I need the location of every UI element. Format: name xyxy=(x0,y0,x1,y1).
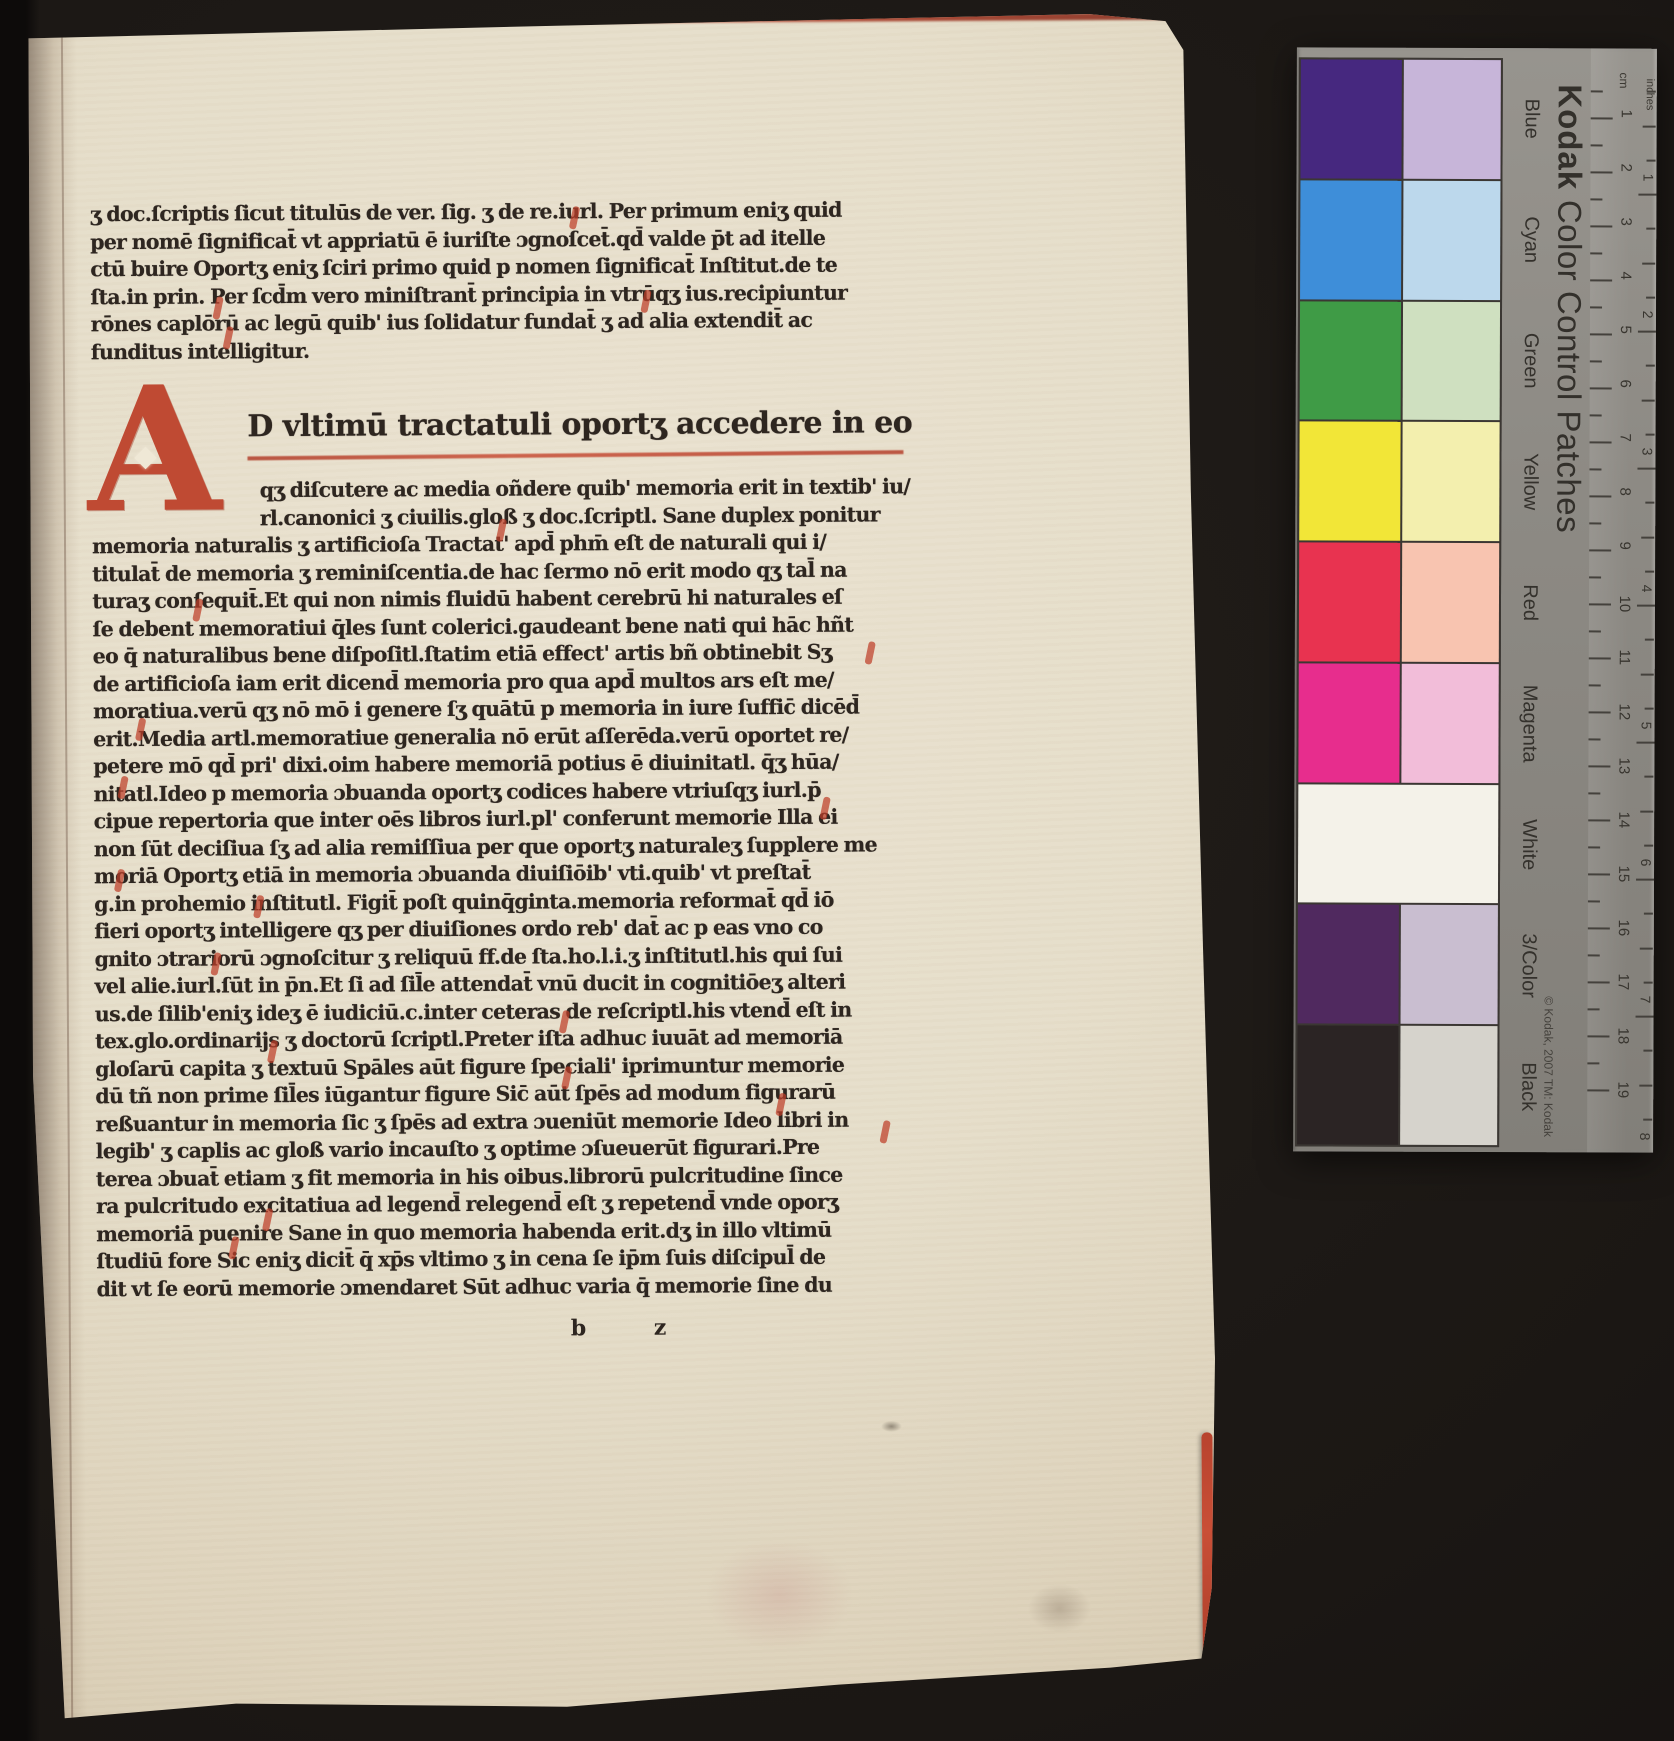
ruler-tick xyxy=(1646,296,1655,298)
ruler-inch-number: 6 xyxy=(1638,859,1654,879)
ruler-cm-number: 17 xyxy=(1614,973,1632,999)
ruler-tick xyxy=(1638,194,1656,196)
patch-saturated xyxy=(1300,59,1401,178)
ruler-tick xyxy=(1588,792,1600,794)
ruler-tick xyxy=(1646,433,1655,435)
ruler-cm-number: 8 xyxy=(1615,487,1633,513)
text-line: petere mō qd̄ pri' dixi.oim habere memor… xyxy=(93,748,909,780)
patch-tint xyxy=(1403,301,1500,420)
text-line: dit vt ſe eorū memorie ɔmendaret Sūt adh… xyxy=(96,1271,912,1303)
patch-row-magenta xyxy=(1298,663,1498,782)
text-line: ra pulcritudo excitatiua ad legend̄ rele… xyxy=(96,1188,912,1220)
text-line: cipue repertoria que inter oēs libros iu… xyxy=(94,803,910,835)
patch-row-red xyxy=(1299,542,1499,661)
page-red-edge-right xyxy=(1201,1432,1214,1678)
ruler-inches-label: inches xyxy=(1644,79,1656,131)
kodak-color-card: Kodak Color Control Patches © Kodak, 200… xyxy=(1293,47,1657,1152)
ruler-tick xyxy=(1589,576,1601,578)
ruler-tick xyxy=(1589,522,1601,524)
ruler-tick xyxy=(1640,810,1653,812)
ruler-tick xyxy=(1589,603,1611,605)
patch-label: White xyxy=(1514,784,1540,905)
card-ruler: cm inches 123456789101112131415161718191… xyxy=(1587,48,1657,1152)
ruler-tick xyxy=(1590,414,1602,416)
text-line: turaʒ conſequit̄.Et qui non nimis fluidū… xyxy=(92,583,908,615)
patch-row-yellow xyxy=(1299,422,1499,541)
patch-label: Magenta xyxy=(1514,663,1540,784)
ruler-tick xyxy=(1645,570,1654,572)
patch-saturated xyxy=(1299,422,1400,541)
patch-tint xyxy=(1401,905,1498,1024)
ruler-tick xyxy=(1589,684,1601,686)
ruler-tick xyxy=(1588,873,1610,875)
patch-label: Yellow xyxy=(1515,421,1541,542)
ruler-tick xyxy=(1644,913,1653,915)
patch-label: Cyan xyxy=(1516,179,1542,300)
ruler-tick xyxy=(1588,846,1600,848)
chapter-heading: D vltimū tractatuli oportʒ accedere in e… xyxy=(247,395,907,455)
ruler-tick xyxy=(1643,1118,1652,1120)
text-line: fieri oportʒ intelligere qʒ per diuiſion… xyxy=(94,913,910,945)
patch-tint xyxy=(1400,1026,1497,1145)
text-line: moriā Oportʒ etiā in memoria ɔbuanda diu… xyxy=(94,858,910,890)
patch-label: 3/Color xyxy=(1514,905,1540,1026)
illuminated-initial: A xyxy=(79,365,230,548)
ruler-tick xyxy=(1590,279,1612,281)
ruler-tick xyxy=(1587,1062,1599,1064)
patch-row-black xyxy=(1297,1026,1497,1145)
book-page: ʒ doc.ſcriptis ſicut titulūs de ver. ſig… xyxy=(25,12,1217,1723)
ruler-tick xyxy=(1637,468,1655,470)
ruler-tick xyxy=(1640,947,1653,949)
ruler-tick xyxy=(1590,441,1612,443)
text-line: ctū buire Oportʒ eniʒ ſciri primo quid p… xyxy=(90,251,906,283)
ruler-tick xyxy=(1589,630,1601,632)
patch-saturated xyxy=(1300,180,1401,299)
ruler-tick xyxy=(1588,765,1610,767)
card-copyright: © Kodak, 2007 TM: Kodak xyxy=(1539,996,1556,1196)
ruler-tick xyxy=(1646,365,1655,367)
page-stain xyxy=(674,1514,885,1675)
chapter-heading-row: A D vltimū tractatuli oportʒ accedere in… xyxy=(91,395,907,478)
ruler-tick xyxy=(1588,900,1600,902)
ruler-tick xyxy=(1642,262,1655,264)
ruler-cm-number: 10 xyxy=(1615,595,1633,621)
ruler-tick xyxy=(1591,117,1613,119)
ruler-tick xyxy=(1590,252,1602,254)
ruler-tick xyxy=(1643,125,1656,127)
text-line: dū tñ non prime ſil̄es iūgantur figure S… xyxy=(95,1078,911,1110)
ruler-cm-number: 2 xyxy=(1616,163,1634,189)
ruler-tick xyxy=(1590,387,1612,389)
ruler-tick xyxy=(1644,776,1653,778)
ruler-cm-number: 1 xyxy=(1617,109,1635,135)
patch-label: Black xyxy=(1513,1026,1539,1147)
ruler-tick xyxy=(1589,468,1601,470)
page-gutter-shadow xyxy=(25,19,87,1723)
text-line: rōnes caplōrū ac legū quib' ius ſolidatu… xyxy=(91,306,907,338)
ruler-tick xyxy=(1589,549,1611,551)
ruler-cm-number: 4 xyxy=(1616,271,1634,297)
ruler-tick xyxy=(1642,399,1655,401)
patch-row-white xyxy=(1298,784,1498,903)
ruler-tick xyxy=(1644,981,1653,983)
card-title: Kodak Color Control Patches xyxy=(1542,84,1589,996)
ruler-tick xyxy=(1647,159,1656,161)
ruler-tick xyxy=(1644,844,1653,846)
quire-signature: b z xyxy=(97,1313,913,1344)
ruler-tick xyxy=(1590,171,1612,173)
ruler-cm-number: 5 xyxy=(1616,325,1634,351)
ruler-inch-number: 3 xyxy=(1639,448,1655,468)
patch-saturated xyxy=(1297,1026,1398,1145)
page-stain xyxy=(878,1419,904,1433)
initial-letter: A xyxy=(87,347,222,551)
patch-tint xyxy=(1403,181,1500,300)
ruler-tick xyxy=(1589,738,1601,740)
ruler-cm-number: 11 xyxy=(1615,649,1633,675)
ruler-tick xyxy=(1590,360,1602,362)
ruler-inch-number: 7 xyxy=(1638,996,1654,1016)
ruler-tick xyxy=(1638,331,1656,333)
patch-label: Red xyxy=(1515,542,1541,663)
ruler-tick xyxy=(1587,1035,1609,1037)
ruler-tick xyxy=(1645,639,1654,641)
text-line: ſtudiū fore Sic eniʒ dicit̄ q̄ xp̄s vlti… xyxy=(96,1243,912,1275)
ruler-tick xyxy=(1641,536,1654,538)
text-line: vel alie.iurl.ſūt in p̄n.Et ſi ad ſil̄e … xyxy=(95,968,911,1000)
ruler-tick xyxy=(1590,198,1602,200)
patch-tint xyxy=(1402,422,1499,541)
ruler-cm-number: 6 xyxy=(1616,379,1634,405)
patch-tint xyxy=(1403,60,1500,179)
ruler-tick xyxy=(1591,90,1603,92)
ruler-cm-number: 19 xyxy=(1613,1081,1631,1107)
ruler-tick xyxy=(1636,742,1654,744)
patch-saturated xyxy=(1300,301,1401,420)
printed-text-block: ʒ doc.ſcriptis ſicut titulūs de ver. ſig… xyxy=(90,196,913,1344)
card-brand: Kodak xyxy=(1551,84,1588,190)
patch-tint xyxy=(1401,664,1498,783)
ruler-cm-number: 16 xyxy=(1614,919,1632,945)
ruler-tick xyxy=(1590,306,1602,308)
patch-row-blue xyxy=(1300,59,1500,178)
page-red-edge-top xyxy=(43,13,1184,27)
ruler-tick xyxy=(1647,91,1656,93)
ruler-cm-number: 18 xyxy=(1613,1027,1631,1053)
ruler-tick xyxy=(1588,1008,1600,1010)
ruler-tick xyxy=(1589,495,1611,497)
ruler-tick xyxy=(1590,225,1612,227)
text-line: legib' ʒ caplis ac gloß vario incauſto ʒ… xyxy=(96,1133,912,1165)
ruler-tick xyxy=(1589,657,1611,659)
text-line: ʒ doc.ſcriptis ſicut titulūs de ver. ſig… xyxy=(90,196,906,228)
ruler-tick xyxy=(1641,673,1654,675)
ruler-tick xyxy=(1589,711,1611,713)
patch-tint xyxy=(1402,543,1499,662)
ruler-tick xyxy=(1646,228,1655,230)
ruler-tick xyxy=(1637,605,1655,607)
ruler-cm-number: 12 xyxy=(1615,703,1633,729)
text-line: tex.glo.ordinarijs ʒ doctorū ſcriptl.Pre… xyxy=(95,1023,911,1055)
patch-saturated xyxy=(1298,663,1399,782)
ruler-tick xyxy=(1587,1089,1609,1091)
ruler-tick xyxy=(1645,707,1654,709)
ruler-inch-number: 5 xyxy=(1639,722,1655,742)
patch-row-3-color xyxy=(1298,905,1498,1024)
page-stain xyxy=(1014,1573,1104,1644)
ruler-tick xyxy=(1639,1084,1652,1086)
paragraph-main: qʒ diſcutere ac media oñdere quib' memor… xyxy=(92,473,913,1303)
ruler-tick xyxy=(1591,144,1603,146)
ruler-tick xyxy=(1588,954,1600,956)
paragraph-intro: ʒ doc.ſcriptis ſicut titulūs de ver. ſig… xyxy=(90,196,907,366)
card-title-rest: Color Control Patches xyxy=(1550,190,1588,533)
ruler-cm-number: 14 xyxy=(1614,811,1632,837)
ruler-inch-number: 4 xyxy=(1639,585,1655,605)
ruler-cm-number: 7 xyxy=(1615,433,1633,459)
ruler-inch-number: 8 xyxy=(1637,1133,1653,1153)
ruler-cm-number: 9 xyxy=(1615,541,1633,567)
text-line: eo q̄ naturalibus bene diſpoſitl.ſtatim … xyxy=(93,638,909,670)
ruler-tick xyxy=(1588,819,1610,821)
patch-label: Green xyxy=(1516,300,1542,421)
patch-label: Blue xyxy=(1516,58,1542,179)
patch-row-cyan xyxy=(1300,180,1500,299)
patch-row-green xyxy=(1300,301,1500,420)
patch-saturated xyxy=(1298,784,1498,903)
ruler-cm-number: 13 xyxy=(1614,757,1632,783)
ruler-cm-label: cm xyxy=(1618,72,1631,102)
ruler-tick xyxy=(1588,981,1610,983)
patch-saturated xyxy=(1298,905,1399,1024)
ruler-tick xyxy=(1636,1016,1654,1018)
ruler-tick xyxy=(1588,927,1610,929)
ruler-cm-number: 3 xyxy=(1616,217,1634,243)
ruler-tick xyxy=(1643,1050,1652,1052)
color-patch-grid xyxy=(1295,57,1503,1147)
patch-saturated xyxy=(1299,542,1400,661)
ruler-tick xyxy=(1590,333,1612,335)
ruler-cm-number: 15 xyxy=(1614,865,1632,891)
ruler-inch-number: 1 xyxy=(1640,174,1656,194)
photo-stage: ʒ doc.ſcriptis ſicut titulūs de ver. ſig… xyxy=(0,0,1674,1741)
ruler-inch-number: 2 xyxy=(1640,311,1656,331)
ruler-tick xyxy=(1645,502,1654,504)
ruler-tick xyxy=(1636,879,1654,881)
text-line: moratiua.verū qʒ nō mō i genere ſʒ quātū… xyxy=(93,693,909,725)
